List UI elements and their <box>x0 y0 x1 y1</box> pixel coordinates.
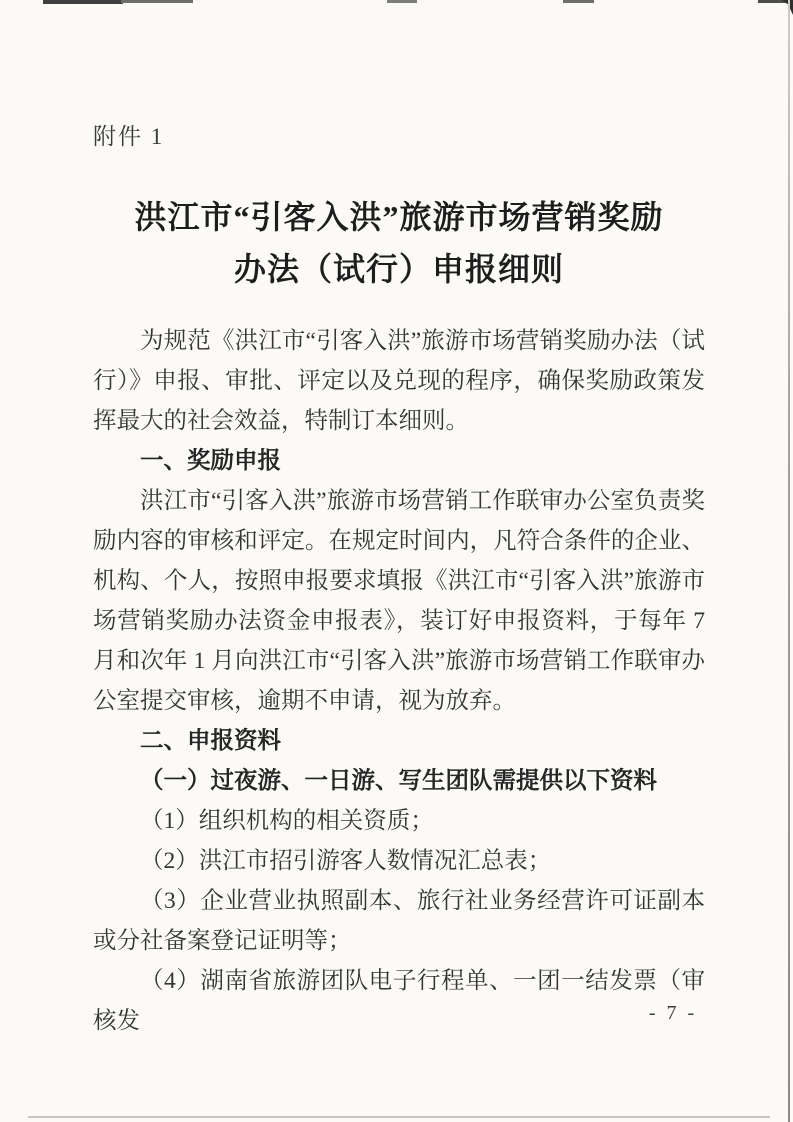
list-item-4: （4）湖南省旅游团队电子行程单、一团一结发票（审核发 <box>93 961 705 1041</box>
scan-bottom-edge-line <box>28 1116 770 1118</box>
document-title-line-2: 办法（试行）申报细则 <box>93 243 705 295</box>
document-title-line-1: 洪江市“引客入洪”旅游市场营销奖励 <box>93 191 705 243</box>
scan-top-edge-mark <box>43 0 123 4</box>
document-title: 洪江市“引客入洪”旅游市场营销奖励 办法（试行）申报细则 <box>93 191 705 295</box>
scan-top-edge-mark <box>563 0 594 3</box>
scan-top-edge-mark <box>387 0 417 3</box>
list-item-1: （1）组织机构的相关资质； <box>93 801 705 841</box>
scanned-document-page: 附件 1 洪江市“引客入洪”旅游市场营销奖励 办法（试行）申报细则 为规范《洪江… <box>0 0 793 1122</box>
scan-top-edge-mark <box>121 0 193 3</box>
list-item-3: （3）企业营业执照副本、旅行社业务经营许可证副本或分社备案登记证明等； <box>93 881 705 961</box>
attachment-label: 附件 1 <box>93 118 705 151</box>
scan-right-edge-line <box>788 0 790 1122</box>
paragraph-section-1: 洪江市“引客入洪”旅游市场营销工作联审办公室负责奖励内容的审核和评定。在规定时间… <box>93 481 705 721</box>
list-item-2: （2）洪江市招引游客人数情况汇总表； <box>93 841 705 881</box>
section-heading-2: 二、申报资料 <box>93 721 705 761</box>
document-content: 附件 1 洪江市“引客入洪”旅游市场营销奖励 办法（试行）申报细则 为规范《洪江… <box>93 118 705 1041</box>
paragraph-intro: 为规范《洪江市“引客入洪”旅游市场营销奖励办法（试行）》申报、审批、评定以及兑现… <box>93 321 705 441</box>
subsection-heading-2-1: （一）过夜游、一日游、写生团队需提供以下资料 <box>93 761 705 801</box>
section-heading-1: 一、奖励申报 <box>93 441 705 481</box>
page-number: - 7 - <box>638 1002 708 1025</box>
document-body: 为规范《洪江市“引客入洪”旅游市场营销奖励办法（试行）》申报、审批、评定以及兑现… <box>93 321 705 1041</box>
